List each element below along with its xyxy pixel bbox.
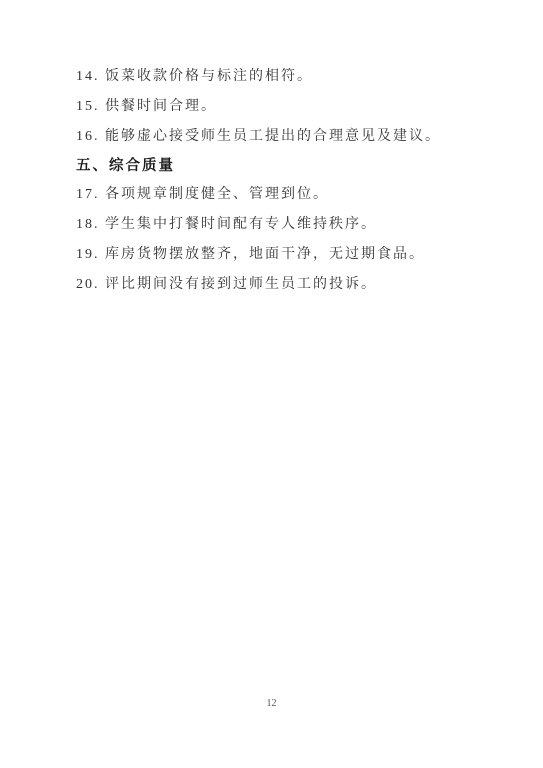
page-number: 12 <box>0 698 543 709</box>
list-item-14: 14. 饭菜收款价格与标注的相符。 <box>76 62 483 92</box>
list-item-18: 18. 学生集中打餐时间配有专人维持秩序。 <box>76 210 483 240</box>
document-content: 14. 饭菜收款价格与标注的相符。 15. 供餐时间合理。 16. 能够虚心接受… <box>76 62 483 300</box>
list-item-16: 16. 能够虚心接受师生员工提出的合理意见及建议。 <box>76 122 483 152</box>
list-item-19: 19. 库房货物摆放整齐，地面干净，无过期食品。 <box>76 240 483 270</box>
list-item-17: 17. 各项规章制度健全、管理到位。 <box>76 180 483 210</box>
list-item-15: 15. 供餐时间合理。 <box>76 92 483 122</box>
section-heading: 五、综合质量 <box>76 152 483 180</box>
document-page: 14. 饭菜收款价格与标注的相符。 15. 供餐时间合理。 16. 能够虚心接受… <box>0 0 543 768</box>
list-item-20: 20. 评比期间没有接到过师生员工的投诉。 <box>76 270 483 300</box>
